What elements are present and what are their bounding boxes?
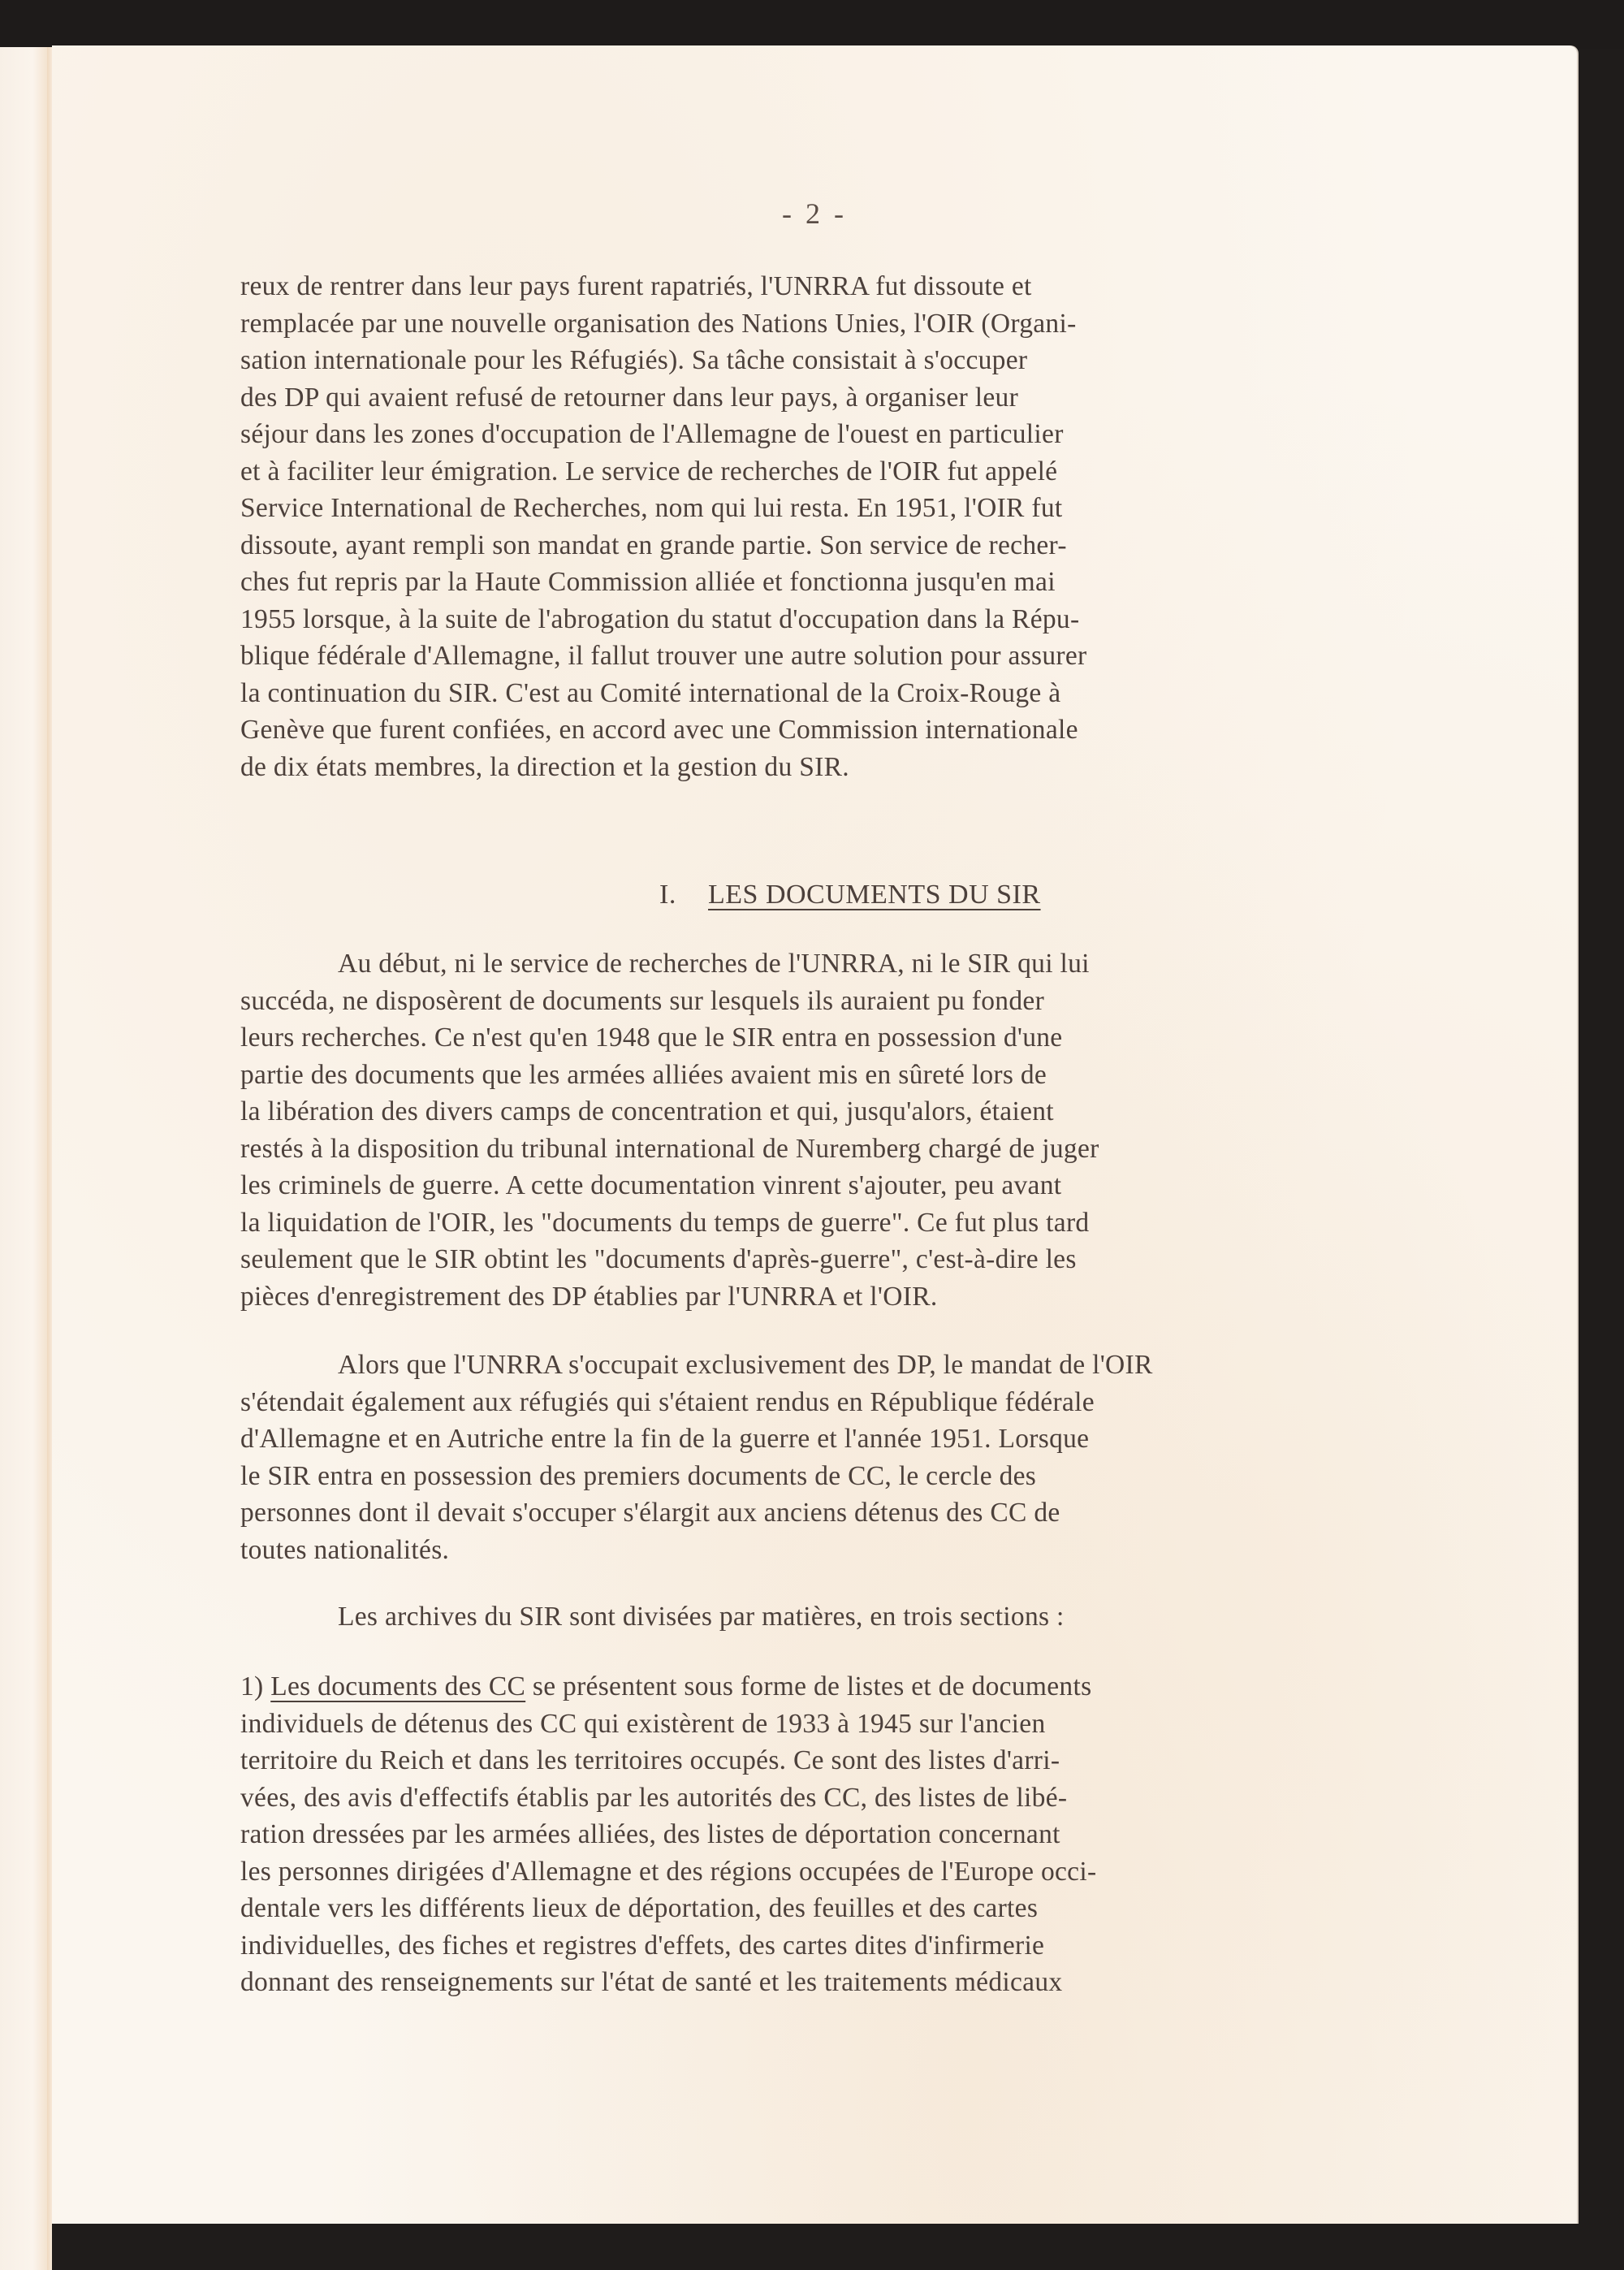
- text-line: remplacée par une nouvelle organisation …: [240, 305, 1540, 343]
- intro-paragraph: reux de rentrer dans leur pays furent ra…: [240, 268, 1540, 785]
- section-number: I.: [659, 880, 676, 910]
- text-line: dentale vers les différents lieux de dép…: [240, 1890, 1540, 1927]
- text-line: 1955 lorsque, à la suite de l'abrogation…: [240, 601, 1540, 638]
- text-line: personnes dont il devait s'occuper s'éla…: [240, 1494, 1540, 1532]
- text-line: toutes nationalités.: [240, 1532, 1540, 1569]
- text-line: succéda, ne disposèrent de documents sur…: [240, 983, 1540, 1020]
- text-line: Service International de Recherches, nom…: [240, 490, 1540, 527]
- text-line: Les archives du SIR sont divisées par ma…: [240, 1598, 1540, 1636]
- list-marker: 1): [240, 1671, 264, 1701]
- list-item-cc-documents: 1) Les documents des CC se présentent so…: [240, 1668, 1540, 2001]
- text-line: seulement que le SIR obtint les "documen…: [240, 1241, 1540, 1278]
- text-line: blique fédérale d'Allemagne, il fallut t…: [240, 638, 1540, 675]
- text-line: vées, des avis d'effectifs établis par l…: [240, 1779, 1540, 1817]
- text-line: donnant des renseignements sur l'état de…: [240, 1964, 1540, 2001]
- text-fragment: se présentent sous forme de listes et de…: [525, 1671, 1091, 1701]
- text-line: la continuation du SIR. C'est au Comité …: [240, 675, 1540, 712]
- text-line: leurs recherches. Ce n'est qu'en 1948 qu…: [240, 1019, 1540, 1057]
- text-line: les personnes dirigées d'Allemagne et de…: [240, 1853, 1540, 1891]
- text-line: s'étendait également aux réfugiés qui s'…: [240, 1384, 1540, 1421]
- text-line: individuelles, des fiches et registres d…: [240, 1927, 1540, 1965]
- facing-page-edge: [0, 47, 47, 2270]
- text-line: territoire du Reich et dans les territoi…: [240, 1742, 1540, 1779]
- paragraph-archive-sections: Les archives du SIR sont divisées par ma…: [240, 1598, 1540, 1636]
- text-line: la libération des divers camps de concen…: [240, 1093, 1540, 1131]
- text-line: des DP qui avaient refusé de retourner d…: [240, 379, 1540, 417]
- page-number: - 2 -: [52, 197, 1577, 231]
- text-line: ches fut repris par la Haute Commission …: [240, 564, 1540, 601]
- text-line: le SIR entra en possession des premiers …: [240, 1458, 1540, 1495]
- text-line: pièces d'enregistrement des DP établies …: [240, 1278, 1540, 1316]
- text-line: partie des documents que les armées alli…: [240, 1057, 1540, 1094]
- text-line: Alors que l'UNRRA s'occupait exclusiveme…: [240, 1347, 1540, 1384]
- text-line: d'Allemagne et en Autriche entre la fin …: [240, 1420, 1540, 1458]
- text-line: sation internationale pour les Réfugiés)…: [240, 342, 1540, 379]
- text-line: et à faciliter leur émigration. Le servi…: [240, 453, 1540, 491]
- text-line: Au début, ni le service de recherches de…: [240, 945, 1540, 983]
- text-line: de dix états membres, la direction et la…: [240, 749, 1540, 786]
- paragraph-documents-origin: Au début, ni le service de recherches de…: [240, 945, 1540, 1315]
- section-title: LES DOCUMENTS DU SIR: [708, 880, 1041, 910]
- text-line: dissoute, ayant rempli son mandat en gra…: [240, 527, 1540, 564]
- text-line: reux de rentrer dans leur pays furent ra…: [240, 268, 1540, 305]
- text-line: restés à la disposition du tribunal inte…: [240, 1131, 1540, 1168]
- list-item-first-line: 1) Les documents des CC se présentent so…: [240, 1668, 1540, 1706]
- text-line: Genève que furent confiées, en accord av…: [240, 711, 1540, 749]
- scan-background: [0, 0, 1624, 49]
- text-line: séjour dans les zones d'occupation de l'…: [240, 416, 1540, 453]
- text-line: la liquidation de l'OIR, les "documents …: [240, 1204, 1540, 1242]
- text-line: individuels de détenus des CC qui existè…: [240, 1706, 1540, 1743]
- list-item-title: Les documents des CC: [270, 1671, 525, 1701]
- text-line: ration dressées par les armées alliées, …: [240, 1816, 1540, 1853]
- text-line: les criminels de guerre. A cette documen…: [240, 1167, 1540, 1204]
- paragraph-oir-mandate: Alors que l'UNRRA s'occupait exclusiveme…: [240, 1347, 1540, 1568]
